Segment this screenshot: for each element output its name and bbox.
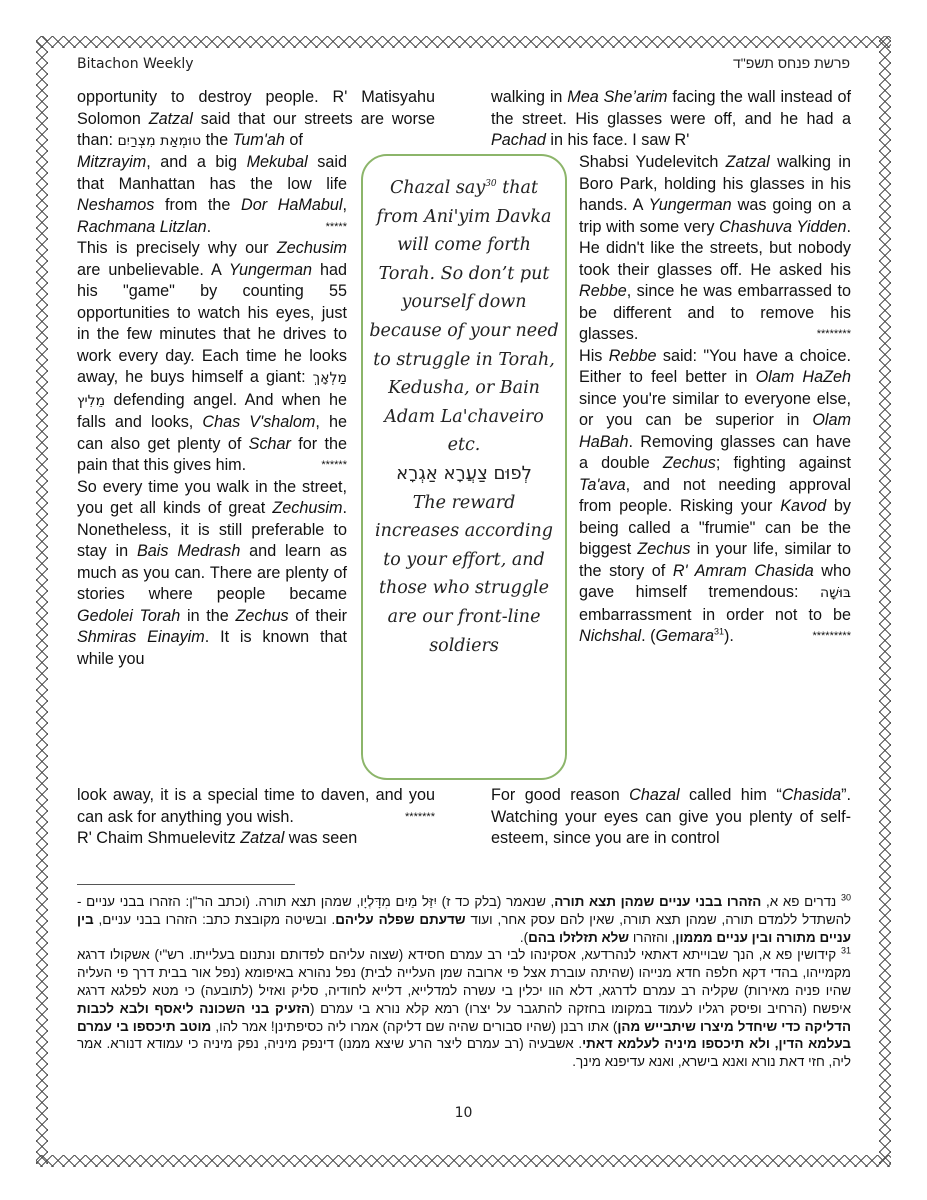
- left-paragraph-2: This is precisely why our Zechusim are u…: [77, 238, 347, 477]
- section-divider-stars: *******: [405, 807, 435, 829]
- footnote-separator: [77, 884, 295, 885]
- footnote-30: 30 נדרים פא א, הזהרו בבני עניים שמהן תצא…: [77, 893, 851, 946]
- page-border-left: [36, 36, 48, 1164]
- footnotes: 30 נדרים פא א, הזהרו בבני עניים שמהן תצא…: [77, 893, 851, 1071]
- right-top-paragraph: walking in Mea She’arim facing the wall …: [491, 87, 851, 152]
- left-column-bottom: look away, it is a special time to daven…: [77, 785, 435, 850]
- section-divider-stars: ******: [321, 455, 347, 477]
- section-divider-stars: *********: [812, 626, 851, 648]
- footnote-31: 31 קידושין פא א, הנך שבוייתא דאתאי לנהרד…: [77, 946, 851, 1071]
- page-border-top: [36, 36, 891, 48]
- left-column-narrow: Mitzrayim, and a big Mekubal said that M…: [77, 152, 347, 670]
- right-column-top: walking in Mea She’arim facing the wall …: [491, 87, 851, 152]
- left-paragraph-5: R' Chaim Shmuelevitz Zatzal was seen: [77, 828, 435, 850]
- section-divider-stars: ********: [817, 324, 851, 346]
- left-column-top: opportunity to destroy people. R' Matisy…: [77, 87, 435, 153]
- page-number: 10: [0, 1105, 927, 1121]
- header-publication-title: Bitachon Weekly: [77, 56, 194, 72]
- left-paragraph-4: look away, it is a special time to daven…: [77, 785, 435, 828]
- page-border-bottom: [36, 1155, 891, 1167]
- callout-hebrew-quote: לְפוּם צַעֲרָא אַגְרָא: [369, 460, 559, 489]
- callout-text-2: The reward increases according to your e…: [369, 489, 559, 661]
- right-paragraph-3: For good reason Chazal called him “Chasi…: [491, 785, 851, 850]
- right-column-narrow: Shabsi Yudelevitch Zatzal walking in Bor…: [579, 152, 851, 648]
- callout-text-1: Chazal say30 that from Ani'yim Davka wil…: [369, 174, 559, 460]
- left-top-paragraph: opportunity to destroy people. R' Matisy…: [77, 87, 435, 153]
- left-paragraph-3: So every time you walk in the street, yo…: [77, 477, 347, 671]
- right-paragraph-2: His Rebbe said: "You have a choice. Eith…: [579, 346, 851, 648]
- page-border-right: [879, 36, 891, 1164]
- right-column-bottom: For good reason Chazal called him “Chasi…: [491, 785, 851, 850]
- section-divider-stars: *****: [326, 217, 347, 239]
- left-paragraph-1: Mitzrayim, and a big Mekubal said that M…: [77, 152, 347, 238]
- pull-quote-callout: Chazal say30 that from Ani'yim Davka wil…: [361, 154, 567, 780]
- header-parsha-title: פרשת פנחס תשפ"ד: [733, 55, 850, 71]
- footnote-ref-30[interactable]: 30: [485, 179, 496, 189]
- footnote-number: 31: [841, 946, 851, 956]
- footnote-number: 30: [841, 893, 851, 903]
- right-paragraph-1: Shabsi Yudelevitch Zatzal walking in Bor…: [579, 152, 851, 346]
